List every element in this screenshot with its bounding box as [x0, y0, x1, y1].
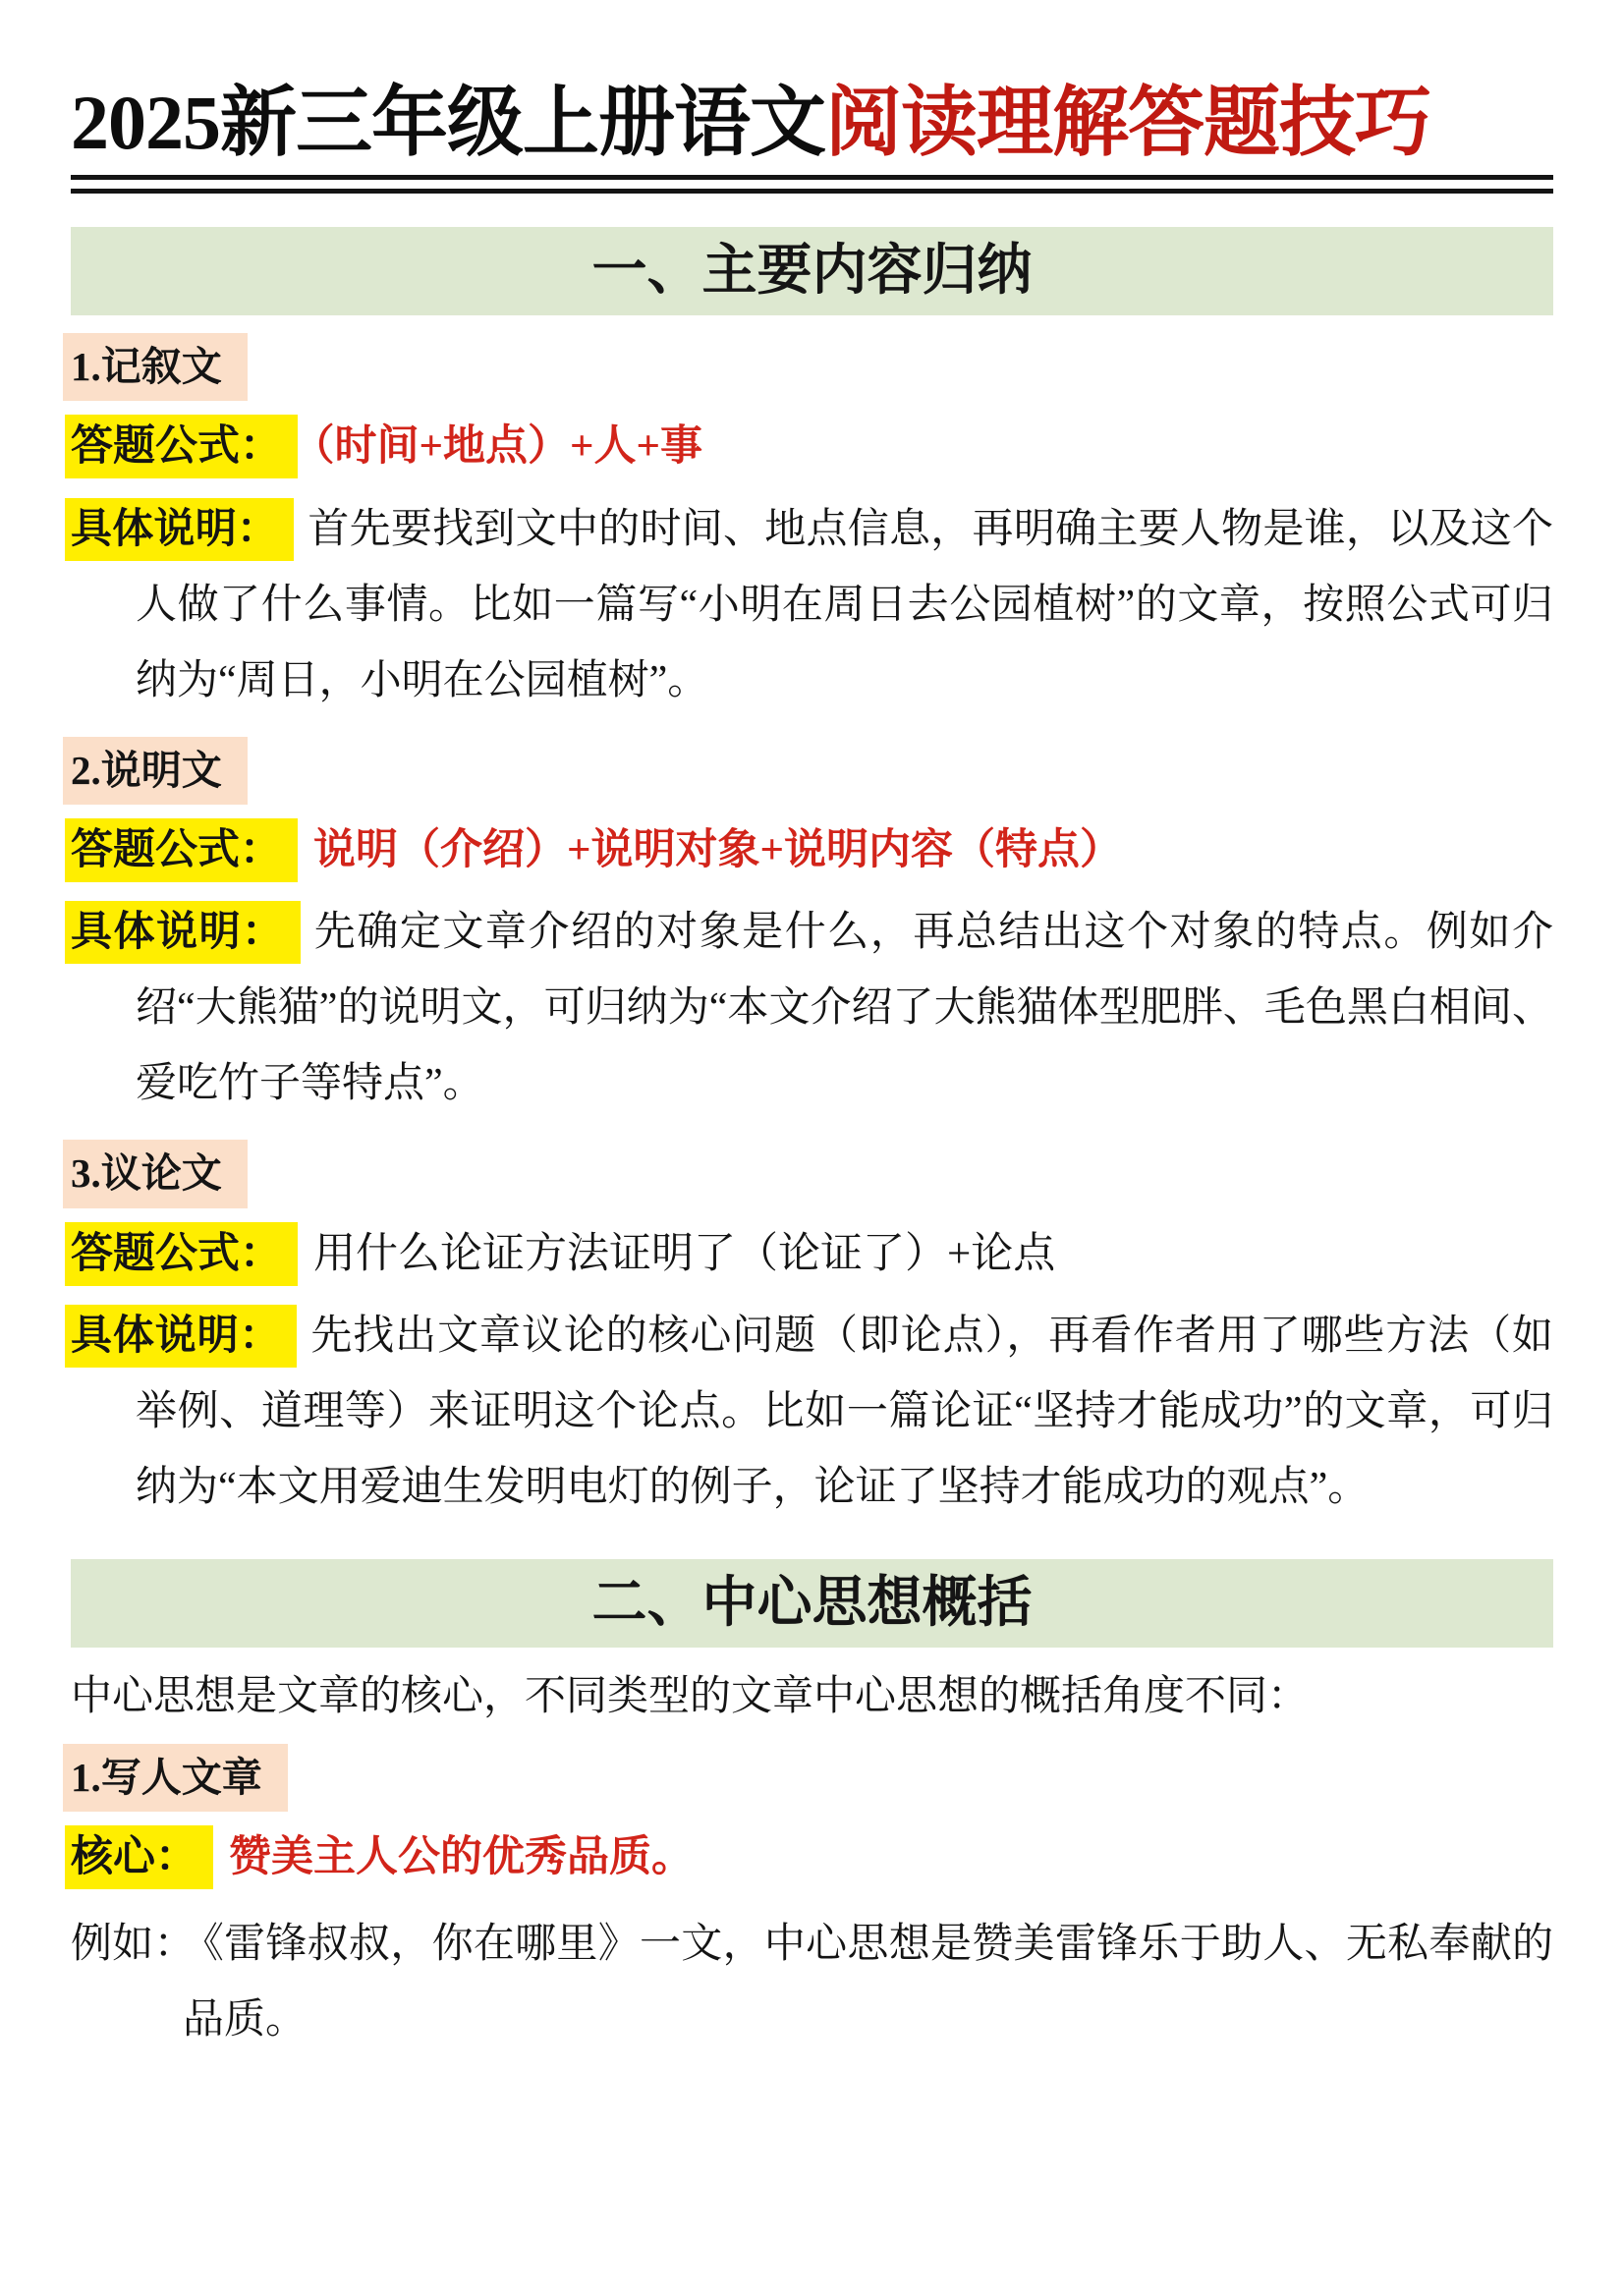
detail-text: 首先要找到文中的时间、地点信息，再明确主要人物是谁，以及这个人做了什么事情。比如… [136, 507, 1553, 703]
subsection-row: 2.说明文 [71, 737, 1553, 805]
detail-label: 具体说明： [65, 498, 294, 561]
subsection-row: 3.议论文 [71, 1140, 1553, 1207]
formula-label: 答题公式： [65, 818, 298, 882]
core-row: 核心：赞美主人公的优秀品质。 [71, 1825, 1553, 1891]
detail-paragraph-argumentative: 具体说明：先找出文章议论的核心问题（即论点），再看作者用了哪些方法（如举例、道理… [71, 1299, 1553, 1526]
detail-text: 先确定文章介绍的对象是什么，再总结出这个对象的特点。例如介绍“大熊猫”的说明文，… [136, 910, 1553, 1106]
detail-text: 先找出文章议论的核心问题（即论点），再看作者用了哪些方法（如举例、道理等）来证明… [136, 1314, 1553, 1510]
detail-paragraph-narrative: 具体说明：首先要找到文中的时间、地点信息，再明确主要人物是谁，以及这个人做了什么… [71, 492, 1553, 719]
formula-row-expository: 答题公式：说明（介绍）+说明对象+说明内容（特点） [71, 818, 1553, 884]
formula-text: （时间+地点）+人+事 [313, 423, 702, 470]
example-paragraph: 例如：《雷锋叔叔，你在哪里》一文，中心思想是赞美雷锋乐于助人、无私奉献的品质。 [71, 1907, 1553, 2058]
formula-label: 答题公式： [65, 415, 298, 478]
example-label: 例如： [71, 1922, 196, 1967]
worksheet-page: 2025新三年级上册语文阅读理解答题技巧 一、主要内容归纳 1.记叙文 答题公式… [0, 0, 1624, 2295]
detail-label: 具体说明： [65, 1305, 297, 1368]
subsection-tag-narrative: 1.记叙文 [63, 333, 248, 401]
example-text: 《雷锋叔叔，你在哪里》一文，中心思想是赞美雷锋乐于助人、无私奉献的品质。 [183, 1922, 1553, 2043]
subsection-row: 1.记叙文 [71, 333, 1553, 401]
formula-label: 答题公式： [65, 1222, 298, 1286]
detail-paragraph-expository: 具体说明：先确定文章介绍的对象是什么，再总结出这个对象的特点。例如介绍“大熊猫”… [71, 895, 1553, 1122]
section-intro-text: 中心思想是文章的核心，不同类型的文章中心思想的概括角度不同： [71, 1667, 1553, 1726]
title-double-underline [71, 175, 1553, 194]
subsection-tag-expository: 2.说明文 [63, 737, 248, 805]
formula-row-argumentative: 答题公式：用什么论证方法证明了（论证了）+论点 [71, 1222, 1553, 1288]
formula-text: 用什么论证方法证明了（论证了）+论点 [313, 1231, 1055, 1277]
core-label: 核心： [65, 1825, 213, 1889]
page-title-black-part: 2025新三年级上册语文 [71, 80, 825, 165]
page-title: 2025新三年级上册语文阅读理解答题技巧 [71, 0, 1553, 163]
section-header-central-idea: 二、中心思想概括 [71, 1559, 1553, 1648]
subsection-row: 1.写人文章 [71, 1744, 1553, 1812]
subsection-tag-people-article: 1.写人文章 [63, 1744, 288, 1812]
page-title-red-part: 阅读理解答题技巧 [825, 80, 1430, 165]
detail-label: 具体说明： [65, 901, 301, 964]
core-text: 赞美主人公的优秀品质。 [229, 1834, 694, 1880]
section-header-main-content: 一、主要内容归纳 [71, 227, 1553, 315]
subsection-tag-argumentative: 3.议论文 [63, 1140, 248, 1207]
formula-text: 说明（介绍）+说明对象+说明内容（特点） [313, 827, 1122, 873]
formula-row-narrative: 答题公式：（时间+地点）+人+事 [71, 415, 1553, 480]
